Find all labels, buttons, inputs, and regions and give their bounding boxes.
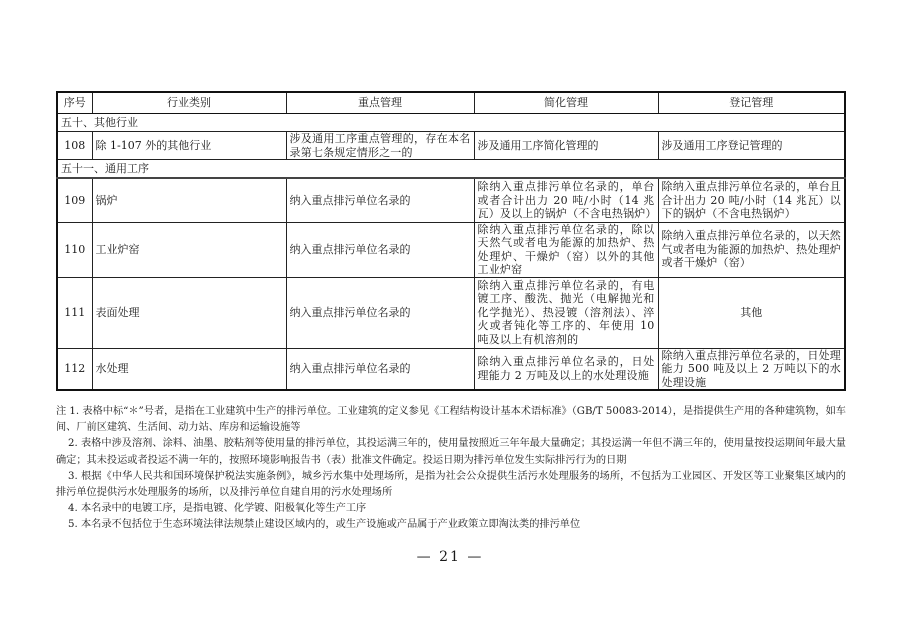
header-registration-management: 登记管理 [658, 92, 845, 114]
row-simplified-management: 涉及通用工序简化管理的 [474, 132, 658, 160]
header-industry-category: 行业类别 [92, 92, 286, 114]
row-simplified-management: 除纳入重点排污单位名录的，有电镀工序、酸洗、抛光（电解抛光和化学抛光）、热浸镀（… [474, 277, 658, 348]
table-row: 108 除 1-107 外的其他行业 涉及通用工序重点管理的，存在本名录第七条规… [57, 132, 845, 160]
row-key-management: 纳入重点排污单位名录的 [286, 222, 474, 277]
section-title-other-industries: 五十、其他行业 [57, 114, 845, 132]
row-key-management: 纳入重点排污单位名录的 [286, 178, 474, 222]
row-category: 工业炉窑 [92, 222, 286, 277]
row-category: 除 1-107 外的其他行业 [92, 132, 286, 160]
row-registration-management: 涉及通用工序登记管理的 [658, 132, 845, 160]
row-registration-management: 除纳入重点排污单位名录的，以天然气或者电为能源的加热炉、热处理炉或者干燥炉（窑） [658, 222, 845, 277]
table-header-row: 序号 行业类别 重点管理 简化管理 登记管理 [57, 92, 845, 114]
table-row: 109 锅炉 纳入重点排污单位名录的 除纳入重点排污单位名录的，单台或者合计出力… [57, 178, 845, 222]
row-simplified-management: 除纳入重点排污单位名录的，单台或者合计出力 20 吨/小时（14 兆瓦）及以上的… [474, 178, 658, 222]
row-key-management: 涉及通用工序重点管理的，存在本名录第七条规定情形之一的 [286, 132, 474, 160]
row-seq: 111 [57, 277, 92, 348]
row-seq: 110 [57, 222, 92, 277]
table-row: 111 表面处理 纳入重点排污单位名录的 除纳入重点排污单位名录的，有电镀工序、… [57, 277, 845, 348]
footnotes: 注 1. 表格中标“＊”号者，是指在工业建筑中生产的排污单位。工业建筑的定义参见… [56, 404, 846, 534]
row-simplified-management: 除纳入重点排污单位名录的，日处理能力 2 万吨及以上的水处理设施 [474, 348, 658, 390]
row-category: 水处理 [92, 348, 286, 390]
document-page: 序号 行业类别 重点管理 简化管理 登记管理 五十、其他行业 108 除 1-1… [0, 0, 900, 636]
table-row: 110 工业炉窑 纳入重点排污单位名录的 除纳入重点排污单位名录的，除以天然气或… [57, 222, 845, 277]
pollutant-permit-classification-table: 序号 行业类别 重点管理 简化管理 登记管理 五十、其他行业 108 除 1-1… [56, 91, 846, 391]
footnote-3: 3. 根据《中华人民共和国环境保护税法实施条例》，城乡污水集中处理场所，是指为社… [56, 469, 846, 501]
row-registration-management: 除纳入重点排污单位名录的，单台且合计出力 20 吨/小时（14 兆瓦）以下的锅炉… [658, 178, 845, 222]
header-simplified-management: 简化管理 [474, 92, 658, 114]
page-number: — 21 — [0, 549, 900, 565]
row-category: 锅炉 [92, 178, 286, 222]
footnote-1: 注 1. 表格中标“＊”号者，是指在工业建筑中生产的排污单位。工业建筑的定义参见… [56, 404, 846, 436]
row-key-management: 纳入重点排污单位名录的 [286, 348, 474, 390]
footnote-2: 2. 表格中涉及溶剂、涂料、油墨、胶粘剂等使用量的排污单位，其投运满三年的，使用… [56, 436, 846, 468]
row-category: 表面处理 [92, 277, 286, 348]
section-title-general-processes: 五十一、通用工序 [57, 160, 845, 179]
section-row: 五十一、通用工序 [57, 160, 845, 179]
header-seq: 序号 [57, 92, 92, 114]
row-registration-management: 其他 [658, 277, 845, 348]
row-seq: 112 [57, 348, 92, 390]
row-registration-management: 除纳入重点排污单位名录的，日处理能力 500 吨及以上 2 万吨以下的水处理设施 [658, 348, 845, 390]
header-key-management: 重点管理 [286, 92, 474, 114]
section-row: 五十、其他行业 [57, 114, 845, 132]
row-key-management: 纳入重点排污单位名录的 [286, 277, 474, 348]
table-row: 112 水处理 纳入重点排污单位名录的 除纳入重点排污单位名录的，日处理能力 2… [57, 348, 845, 390]
footnote-5: 5. 本名录不包括位于生态环境法律法规禁止建设区域内的，或生产设施或产品属于产业… [56, 517, 846, 533]
row-seq: 109 [57, 178, 92, 222]
row-seq: 108 [57, 132, 92, 160]
row-simplified-management: 除纳入重点排污单位名录的，除以天然气或者电为能源的加热炉、热处理炉、干燥炉（窑）… [474, 222, 658, 277]
footnote-4: 4. 本名录中的电镀工序，是指电镀、化学镀、阳极氧化等生产工序 [56, 501, 846, 517]
